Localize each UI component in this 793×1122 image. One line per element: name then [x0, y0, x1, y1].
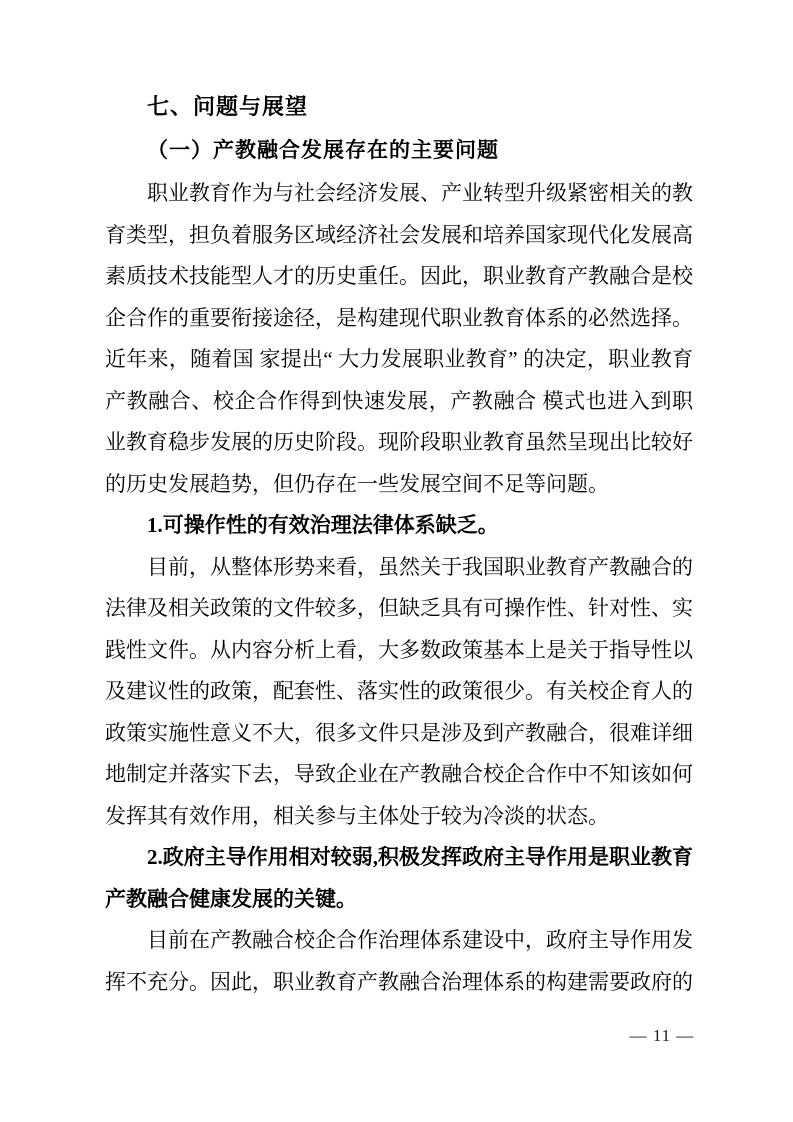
item-2-heading: 2.政府主导作用相对较弱,积极发挥政府主导作用是职业教育产教融合健康发展的关键。	[105, 837, 693, 920]
document-content: 七、问题与展望 （一）产教融合发展存在的主要问题 职业教育作为与社会经济发展、产…	[105, 86, 693, 1003]
paragraph-intro: 职业教育作为与社会经济发展、产业转型升级紧密相关的教育类型，担负着服务区域经济社…	[105, 173, 693, 505]
paragraph-item-2: 目前在产教融合校企合作治理体系建设中，政府主导作用发挥不充分。因此，职业教育产教…	[105, 920, 693, 1003]
page-number: — 11 —	[582, 1026, 742, 1046]
subsection-heading: （一）产教融合发展存在的主要问题	[105, 128, 693, 173]
item-1-heading: 1.可操作性的有效治理法律体系缺乏。	[105, 505, 693, 547]
section-heading: 七、问题与展望	[105, 86, 693, 128]
paragraph-item-1: 目前，从整体形势来看，虽然关于我国职业教育产教融合的法律及相关政策的文件较多，但…	[105, 547, 693, 838]
document-page: 七、问题与展望 （一）产教融合发展存在的主要问题 职业教育作为与社会经济发展、产…	[0, 0, 793, 1122]
